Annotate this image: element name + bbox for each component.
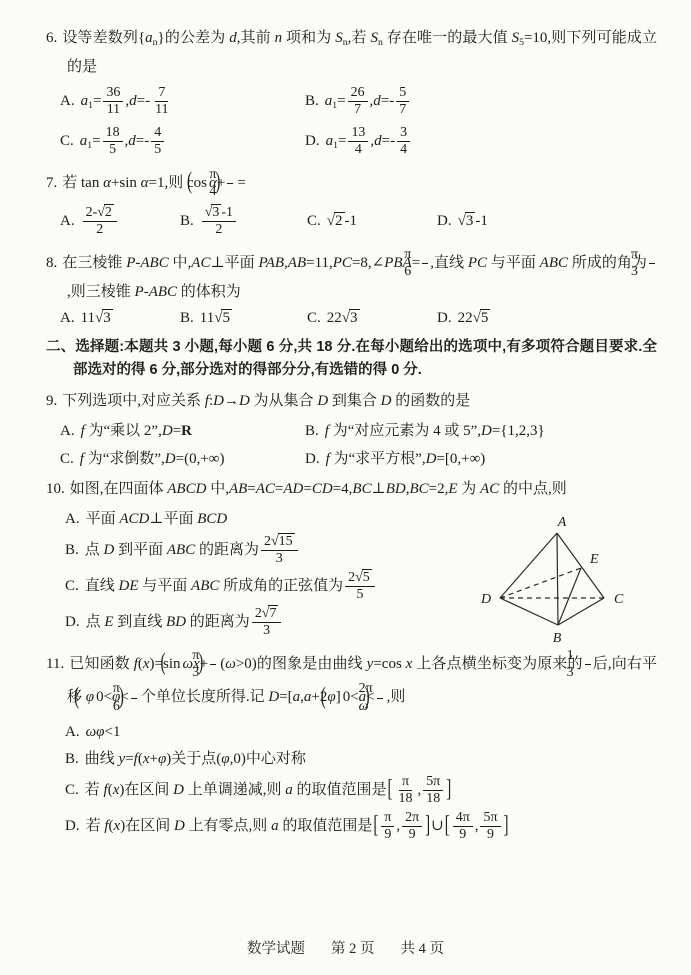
sqrt: √5 [214,309,232,326]
question-10: 10.如图,在四面体 ABCD 中,AB=AC=AD=CD=4,BC⊥BD,BC… [46,477,657,639]
tetrahedron-figure: A E D C B [473,511,655,661]
question-7-stem: 7.若 tan α+sin α=1,则 cos(α+π4)= [46,167,657,200]
option-b: B.f 为“对应元素为 4 或 5”,D={1,2,3} [305,419,657,440]
fraction: π4 [227,167,233,200]
option-formula: 若 f(x)在区间 D 上有零点,则 a 的取值范围是[π9,2π9]∪[4π9… [86,818,510,834]
option-d: D.a1=134,d=-34 [305,125,657,158]
option-b: B.曲线 y=f(x+φ)关于点(φ,0)中心对称 [65,747,657,771]
exam-page: 6.设等差数列{an}的公差为 d,其前 n 项和为 Sn,若 Sn 存在唯一的… [0,0,691,975]
option-label: B. [305,93,319,109]
option-label: B. [65,751,79,767]
option-c: C.f 为“求倒数”,D=(0,+∞) [60,447,305,468]
option-label: B. [180,310,194,326]
option-formula: a1=185,d=-45 [80,133,166,149]
fraction: 134 [348,125,368,158]
option-label: B. [305,423,319,439]
question-number: 8. [46,255,57,271]
fraction: 45 [151,125,164,158]
option-formula: f 为“对应元素为 4 或 5”,D={1,2,3} [325,423,545,439]
fraction: 34 [397,125,410,158]
option-label: D. [305,451,320,467]
option-formula: √2-1 [327,212,357,229]
option-a: A.2-√22 [60,205,180,238]
question-text: 若 tan α+sin α=1,则 cos(α+π4)= [62,175,246,191]
option-a: A.f 为“乘以 2”,D=R [60,419,305,440]
question-6: 6.设等差数列{an}的公差为 d,其前 n 项和为 Sn,若 Sn 存在唯一的… [46,26,657,158]
sqrt: √7 [262,605,279,621]
edge-DB [500,598,558,625]
footer-page-number: 第 2 页 [331,941,375,957]
option-formula: 22√3 [327,309,360,326]
option-formula: ωφ<1 [86,724,121,740]
option-c: C.√2-1 [307,213,437,230]
option-d: D.若 f(x)在区间 D 上有零点,则 a 的取值范围是[π9,2π9]∪[4… [65,810,657,843]
fraction: π3 [649,247,655,280]
option-formula: 平面 ACD⊥平面 BCD [86,511,228,527]
option-label: D. [437,213,452,229]
fraction: 2√73 [252,606,282,639]
fraction: π6 [131,681,137,714]
question-text: 在三棱锥 P-ABC 中,AC⊥平面 PAB,AB=11,PC=8,∠PBA=π… [62,255,657,300]
option-label: A. [60,310,75,326]
vertex-label-d: D [480,592,491,607]
edge-AD [500,533,557,598]
fraction: 711 [152,85,171,118]
option-formula: 点 D 到平面 ABC 的距离为2√153 [85,542,300,558]
sqrt: √5 [473,309,491,326]
edge-DE [500,568,581,598]
option-b: B.√3-12 [180,205,307,238]
question-text: 如图,在四面体 ABCD 中,AB=AC=AD=CD=4,BC⊥BD,BC=2,… [70,481,567,497]
sqrt: √3 [205,204,222,220]
edge-AB [557,533,558,625]
question-7-options: A.2-√22 B.√3-12 C.√2-1 D.√3-1 [60,205,657,238]
sqrt: √2 [97,204,114,220]
sqrt: √2 [327,212,345,229]
fraction: 267 [348,85,368,118]
option-b: B.a1=267,d=-57 [305,85,657,118]
question-10-options: A.平面 ACD⊥平面 BCD B.点 D 到平面 ABC 的距离为2√153 … [65,507,510,639]
option-c: C.a1=185,d=-45 [60,125,305,158]
sqrt: √3 [458,212,476,229]
option-d: D.点 E 到直线 BD 的距离为2√73 [65,606,510,639]
question-number: 6. [46,30,57,46]
fraction: π3 [210,648,216,681]
option-label: A. [65,724,80,740]
option-b: B.11√5 [180,310,307,327]
option-a: A.ωφ<1 [65,720,657,744]
fraction: 3611 [103,85,123,118]
sqrt: √5 [355,569,372,585]
option-formula: a1=3611,d=-711 [81,93,174,109]
option-label: D. [437,310,452,326]
option-formula: 若 f(x)在区间 D 上单调递减,则 a 的取值范围是[π18,5π18] [85,782,452,798]
question-number: 10. [46,481,65,497]
option-label: C. [65,782,79,798]
option-label: C. [65,578,79,594]
fraction: π9 [381,810,394,843]
option-label: A. [60,213,75,229]
fraction: 5π9 [480,810,500,843]
question-text: 已知函数 f(x)=sin(ωx+π3)(ω>0)的图象是由曲线 y=cos x… [67,656,657,705]
question-9-options: A.f 为“乘以 2”,D=R B.f 为“对应元素为 4 或 5”,D={1,… [60,419,657,468]
fraction: π6 [422,247,428,280]
option-formula: f 为“求平方根”,D=[0,+∞) [326,451,486,467]
vertex-label-a: A [557,515,567,530]
question-11: 11.已知函数 f(x)=sin(ωx+π3)(ω>0)的图象是由曲线 y=co… [46,648,657,842]
fraction: 185 [103,125,123,158]
edge-BC [558,598,604,625]
option-formula: 点 E 到直线 BD 的距离为2√73 [86,614,284,630]
edge-BE [558,568,581,625]
option-formula: 直线 DE 与平面 ABC 所成角的正弦值为2√55 [85,578,377,594]
option-a: A.11√3 [60,310,180,327]
option-formula: a1=267,d=-57 [325,93,411,109]
question-8: 8.在三棱锥 P-ABC 中,AC⊥平面 PAB,AB=11,PC=8,∠PBA… [46,247,657,327]
question-6-options: A.a1=3611,d=-711 B.a1=267,d=-57 C.a1=185… [60,85,657,158]
option-formula: 11√5 [200,309,232,326]
option-formula: 22√5 [458,309,491,326]
question-10-stem: 10.如图,在四面体 ABCD 中,AB=AC=AD=CD=4,BC⊥BD,BC… [46,477,657,502]
option-a: A.a1=3611,d=-711 [60,85,305,118]
fraction: √3-12 [202,205,236,238]
option-b: B.点 D 到平面 ABC 的距离为2√153 [65,534,510,567]
option-a: A.平面 ACD⊥平面 BCD [65,507,510,531]
option-label: C. [307,213,321,229]
question-9-stem: 9.下列选项中,对应关系 f:D→D 为从集合 D 到集合 D 的函数的是 [46,389,657,414]
option-d: D.22√5 [437,310,657,327]
footer-total-pages: 共 4 页 [401,941,445,957]
question-number: 11. [46,656,64,672]
fraction: 2√55 [345,570,375,603]
fraction: 2π9 [402,810,422,843]
option-label: C. [60,451,74,467]
page-footer: 数学试题第 2 页共 4 页 [0,937,691,958]
fraction: 2√153 [261,534,298,567]
question-8-stem: 8.在三棱锥 P-ABC 中,AC⊥平面 PAB,AB=11,PC=8,∠PBA… [46,247,657,305]
option-label: B. [180,213,194,229]
option-formula: 2-√22 [81,213,119,229]
sqrt: √3 [95,309,113,326]
option-formula: √3-1 [458,212,488,229]
option-label: B. [65,542,79,558]
option-c: C.直线 DE 与平面 ABC 所成角的正弦值为2√55 [65,570,510,603]
option-d: D.√3-1 [437,213,657,230]
option-formula: 曲线 y=f(x+φ)关于点(φ,0)中心对称 [85,751,306,767]
option-formula: f 为“乘以 2”,D=R [81,423,192,439]
question-6-stem: 6.设等差数列{an}的公差为 d,其前 n 项和为 Sn,若 Sn 存在唯一的… [46,26,657,80]
footer-doc-title: 数学试题 [247,941,305,957]
fraction: 5π18 [423,774,443,807]
fraction: 57 [396,85,409,118]
option-label: A. [60,93,75,109]
vertex-label-c: C [614,592,624,607]
option-c: C.22√3 [307,310,437,327]
fraction: 4π9 [453,810,473,843]
option-label: A. [60,423,75,439]
question-number: 9. [46,393,57,409]
fraction: π18 [396,774,416,807]
option-formula: a1=134,d=-34 [326,133,412,149]
option-label: C. [60,133,74,149]
question-11-options: A.ωφ<1 B.曲线 y=f(x+φ)关于点(φ,0)中心对称 C.若 f(x… [65,720,657,843]
fraction: 2-√22 [83,205,117,238]
option-c: C.若 f(x)在区间 D 上单调递减,则 a 的取值范围是[π18,5π18] [65,774,657,807]
question-text: 设等差数列{an}的公差为 d,其前 n 项和为 Sn,若 Sn 存在唯一的最大… [62,30,657,75]
option-formula: 11√3 [81,309,113,326]
option-d: D.f 为“求平方根”,D=[0,+∞) [305,447,657,468]
sqrt: √3 [342,309,360,326]
fraction: 2πω [377,681,383,714]
option-formula: √3-12 [200,213,238,229]
question-number: 7. [46,175,57,191]
option-formula: f 为“求倒数”,D=(0,+∞) [80,451,225,467]
vertex-label-b: B [553,631,562,646]
question-7: 7.若 tan α+sin α=1,则 cos(α+π4)= A.2-√22 B… [46,167,657,238]
sqrt: √15 [271,533,295,549]
question-9: 9.下列选项中,对应关系 f:D→D 为从集合 D 到集合 D 的函数的是 A.… [46,389,657,468]
vertex-label-e: E [589,552,599,567]
question-8-options: A.11√3 B.11√5 C.22√3 D.22√5 [60,310,657,327]
question-text: 下列选项中,对应关系 f:D→D 为从集合 D 到集合 D 的函数的是 [62,393,470,409]
option-label: C. [307,310,321,326]
option-label: D. [65,818,80,834]
option-label: D. [65,614,80,630]
section-2-header: 二、选择题:本题共 3 小题,每小题 6 分,共 18 分.在每小题给出的选项中… [46,336,657,382]
option-label: D. [305,133,320,149]
option-label: A. [65,511,80,527]
